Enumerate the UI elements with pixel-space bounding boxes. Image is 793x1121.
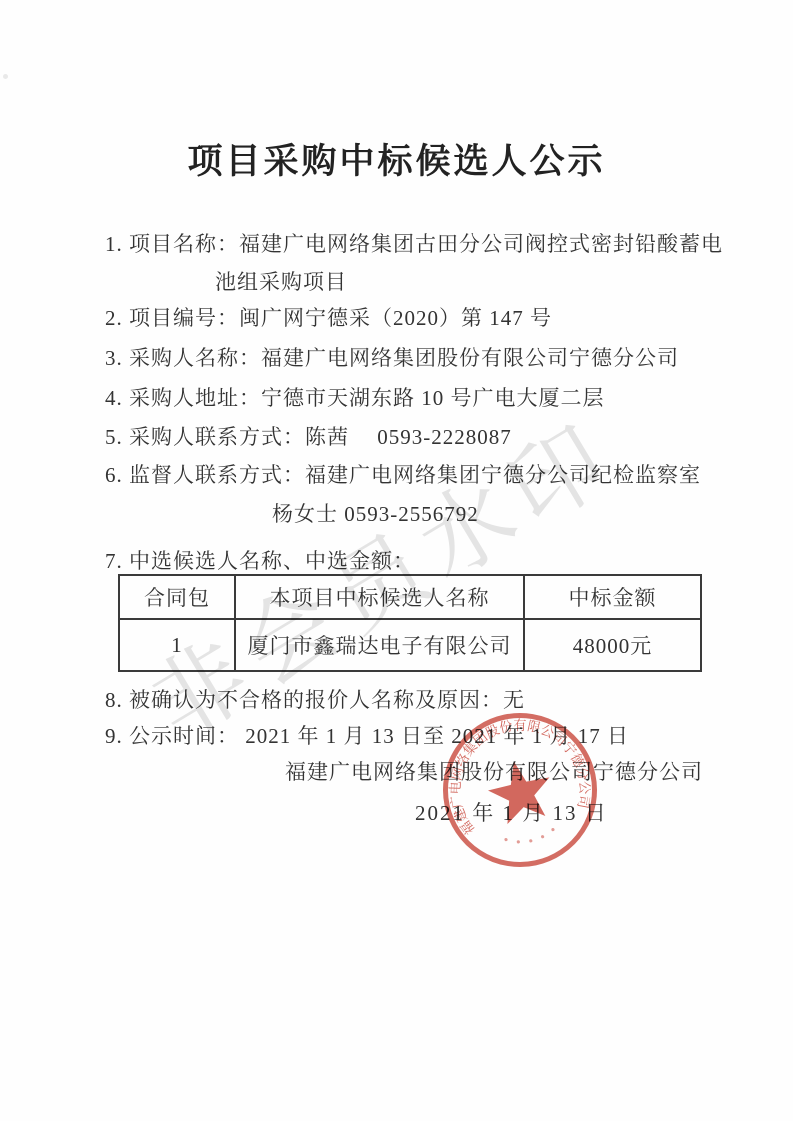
item-purchaser-contact: 5. 采购人联系方式：陈茜 0593-2228087: [105, 421, 512, 451]
page-title: 项目采购中标候选人公示: [0, 134, 793, 184]
item-publicity-period: 9. 公示时间： 2021 年 1 月 13 日至 2021 年 1 月 17 …: [105, 720, 629, 750]
item-supervisor-contact: 6. 监督人联系方式：福建广电网络集团宁德分公司纪检监察室: [105, 459, 701, 489]
header-package: 合同包: [119, 575, 235, 619]
item-winner-heading: 7. 中选候选人名称、中选金额：: [105, 545, 415, 575]
cell-package: 1: [119, 619, 235, 671]
table-row: 1 厦门市鑫瑞达电子有限公司 48000元: [119, 619, 701, 671]
item-purchaser-name: 3. 采购人名称：福建广电网络集团股份有限公司宁德分公司: [105, 342, 679, 372]
cell-amount: 48000元: [524, 619, 701, 671]
header-winner-name: 本项目中标候选人名称: [235, 575, 524, 619]
item-project-number: 2. 项目编号：闽广网宁德采（2020）第 147 号: [105, 302, 552, 332]
item-project-name: 1. 项目名称：福建广电网络集团古田分公司阀控式密封铅酸蓄电: [105, 228, 723, 258]
table-header-row: 合同包 本项目中标候选人名称 中标金额: [119, 575, 701, 619]
cell-winner-name: 厦门市鑫瑞达电子有限公司: [235, 619, 524, 671]
scan-speck: [3, 74, 8, 79]
item-project-name-cont: 池组采购项目: [215, 266, 347, 296]
stamp-serial-marks: [504, 828, 556, 848]
winner-table: 合同包 本项目中标候选人名称 中标金额 1 厦门市鑫瑞达电子有限公司 48000…: [118, 574, 702, 672]
signature-company: 福建广电网络集团股份有限公司宁德分公司: [285, 756, 703, 786]
item-disqualified: 8. 被确认为不合格的报价人名称及原因：无: [105, 684, 525, 714]
signature-date: 2021 年 1 月 13 日: [415, 797, 608, 827]
item-supervisor-contact-cont: 杨女士 0593-2556792: [272, 498, 479, 528]
header-amount: 中标金额: [524, 575, 701, 619]
item-purchaser-address: 4. 采购人地址：宁德市天湖东路 10 号广电大厦二层: [105, 382, 605, 412]
document-page: 项目采购中标候选人公示 1. 项目名称：福建广电网络集团古田分公司阀控式密封铅酸…: [0, 0, 793, 1121]
